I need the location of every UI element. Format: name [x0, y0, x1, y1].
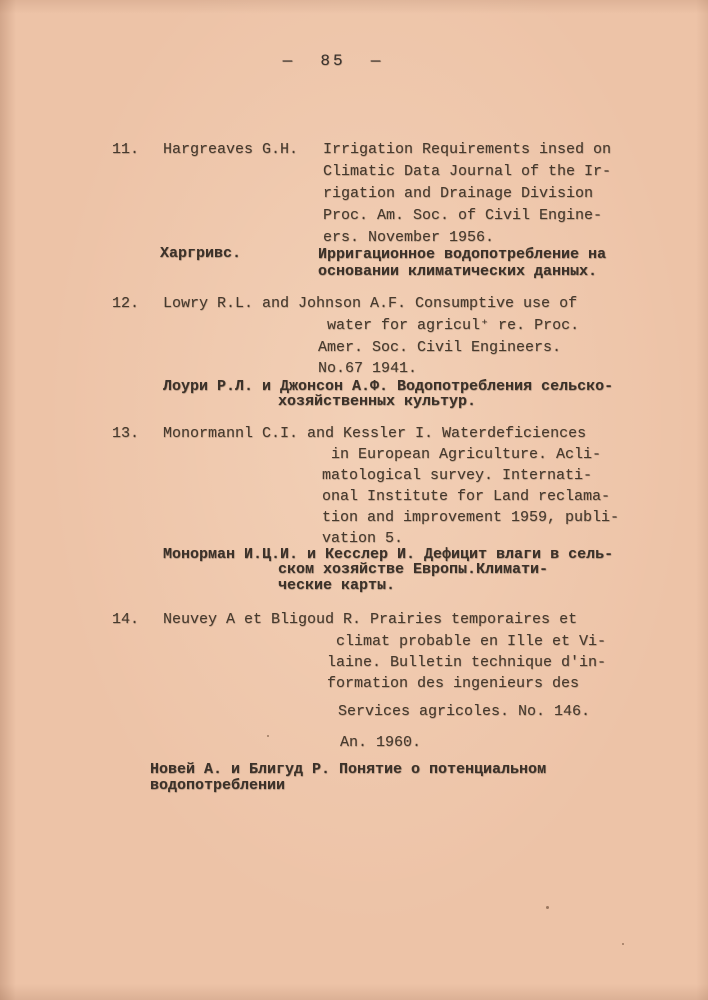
- entry-body-latin: in European Agriculture. Acli- matologic…: [322, 444, 619, 549]
- entry-number: 12.: [112, 293, 139, 315]
- entry-author-cyrillic: Харгривс.: [160, 246, 241, 262]
- scanned-page: — 85 — 11. Hargreaves G.H. Irrigation Re…: [0, 0, 708, 1000]
- entry-body-latin: water for agricul⁺ re. Proc. Amer. Soc. …: [318, 315, 579, 380]
- entry-first-line-latin: Lowry R.L. and Johnson A.F. Consumptive …: [163, 293, 577, 315]
- paper-speck: [267, 735, 269, 737]
- entry-body-latin: Irrigation Requirements insed on Climati…: [323, 139, 611, 249]
- entry-journal-line: Services agricoles. No. 146.: [338, 701, 590, 723]
- entry-first-line-latin: Neuvey A et Bligoud R. Prairies temporai…: [163, 609, 577, 631]
- entry-body-cyrillic: Ирригационное водопотребление на основан…: [318, 246, 606, 280]
- entry-body-cyrillic: хозяйственных культур.: [278, 394, 476, 410]
- entry-body-cyrillic: Новей А. и Блигуд Р. Понятие о потенциал…: [150, 762, 546, 794]
- entry-first-line-latin: Monormannl C.I. and Kessler I. Waterdefi…: [163, 423, 586, 445]
- page-number: — 85 —: [0, 52, 687, 70]
- entry-body-latin: climat probable en Ille et Vi- laine. Bu…: [327, 631, 606, 694]
- entry-body-cyrillic: ском хозяйстве Европы.Климати- ческие ка…: [278, 562, 548, 594]
- entry-number: 13.: [112, 423, 139, 445]
- paper-speck: [546, 906, 549, 909]
- paper-speck: [622, 943, 624, 945]
- entry-number: 11.: [112, 139, 139, 161]
- entry-author-latin: Hargreaves G.H.: [163, 139, 298, 161]
- entry-number: 14.: [112, 609, 139, 631]
- entry-year-line: An. 1960.: [340, 732, 421, 754]
